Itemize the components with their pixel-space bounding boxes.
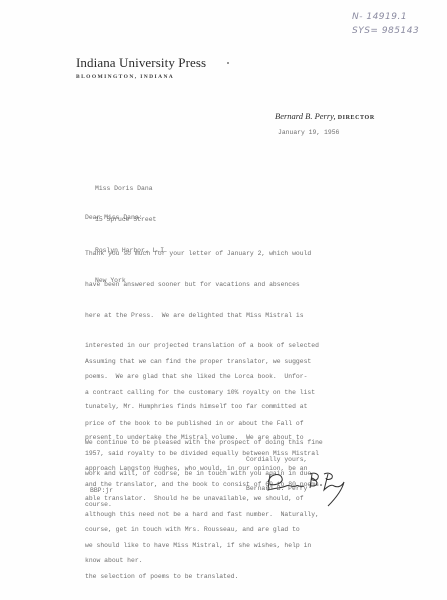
archive-note-line-2: SYS= 985143 xyxy=(352,24,419,38)
archive-catalog-note: N- 14919.1 SYS= 985143 xyxy=(352,10,419,38)
body-line: Thank you so much for your letter of Jan… xyxy=(85,249,319,259)
typed-signature-name: Bernard B. Perry xyxy=(246,484,307,494)
sender-name: Bernard B. Perry, xyxy=(275,111,336,121)
body-line: here at the Press. We are delighted that… xyxy=(85,311,319,321)
body-line: have been answered sooner but for vacati… xyxy=(85,280,319,290)
letter-date: January 19, 1956 xyxy=(278,128,339,138)
sender-header: Bernard B. Perry, DIRECTOR xyxy=(275,111,375,121)
body-line: we should like to have Miss Mistral, if … xyxy=(85,541,319,551)
body-line: a contract calling for the customary 10%… xyxy=(85,388,319,398)
closing: Cordially yours, xyxy=(246,455,307,465)
body-line: the selection of poems to be translated. xyxy=(85,572,319,582)
reference-initials: BBP:jr xyxy=(90,486,113,496)
press-location: BLOOMINGTON, INDIANA xyxy=(76,74,206,80)
archive-note-line-1: N- 14919.1 xyxy=(352,10,419,24)
body-line: We continue to be pleased with the prosp… xyxy=(85,438,323,448)
salutation: Dear Miss Dana: xyxy=(85,213,143,223)
address-line: Miss Doris Dana xyxy=(95,184,168,194)
letterhead: Indiana University Press BLOOMINGTON, IN… xyxy=(76,55,206,80)
sender-title: DIRECTOR xyxy=(338,115,375,121)
letterhead-dot-mark xyxy=(227,62,229,64)
press-name: Indiana University Press xyxy=(76,55,206,71)
letter-page: N- 14919.1 SYS= 985143 Indiana Universit… xyxy=(0,0,447,600)
body-line: Assuming that we can find the proper tra… xyxy=(85,357,319,367)
